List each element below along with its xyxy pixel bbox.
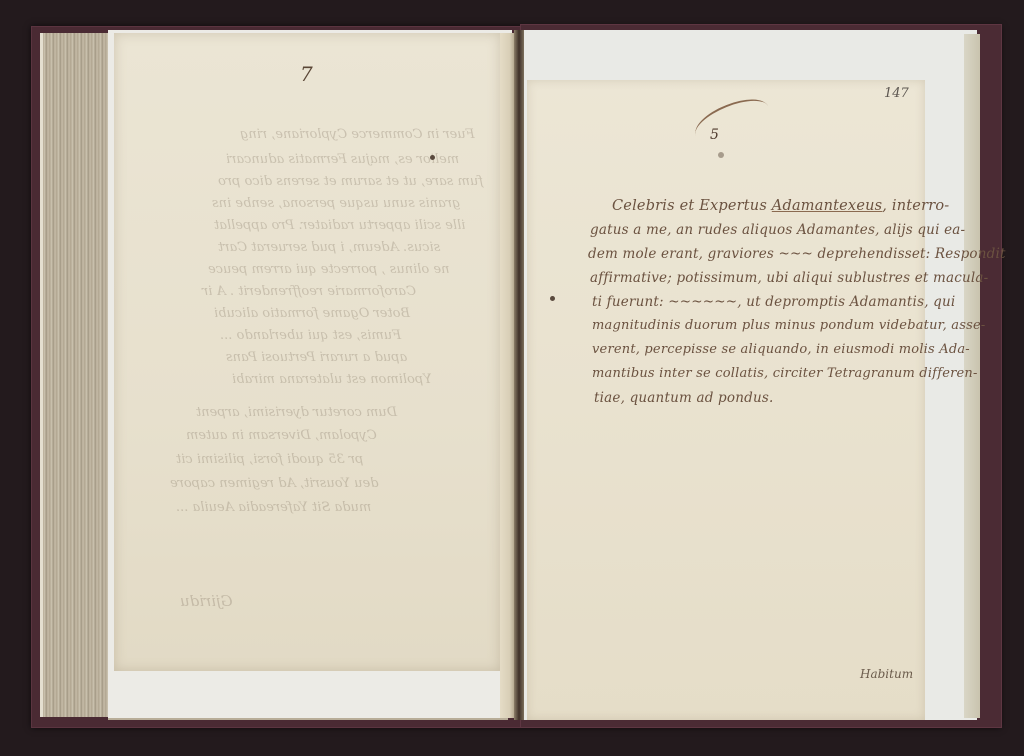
bleed-line: Boter Ogame formatio alicubi: [214, 306, 410, 321]
ink-spot: [430, 155, 435, 160]
bleed-line: Fumis, est qui uberlando ...: [220, 328, 401, 343]
bleed-line: melior es, majus Fermatis aduncari: [226, 152, 459, 167]
text-line-9: tiae, quantum ad pondus.: [594, 390, 773, 406]
bleed-line: muda Sit Yafereadia Aeuila ...: [176, 500, 371, 515]
text-line-7: verent, percepisse se aliquando, in eius…: [592, 342, 970, 357]
text-line-5: ti fuerunt: ~~~~~~, ut depromptis Adaman…: [592, 294, 955, 310]
bleed-line: Fuer in Commerce Cyploriane, ring: [240, 127, 475, 142]
text-line-8: mantibus inter se collatis, circiter Tet…: [592, 366, 978, 381]
bleed-line: deu Yousrit, Ad regimen capore: [170, 476, 379, 491]
text-line-3: dem mole erant, graviores ~~~ deprehendi…: [588, 246, 1006, 262]
ink-spot: [718, 152, 724, 158]
left-page-top-mark: 7: [300, 62, 313, 86]
bleed-line: Dum coretur dyerisimi, arpent: [196, 405, 397, 420]
chapter-number: 5: [710, 127, 719, 143]
bleed-line: Caroformarie reoffrenderit . A ir: [202, 284, 416, 299]
text-line-4: affirmative; potissimum, ubi aliqui subl…: [590, 270, 988, 286]
bleed-line: apud a rurari Pertuosi Pans: [226, 350, 407, 365]
bleed-line: ne olinus , porrecte qui arrem peuce: [208, 262, 449, 277]
bleed-line: ille scili appertu radiater. Pro appella…: [214, 218, 465, 233]
catchword: Habitum: [860, 667, 913, 681]
text-line-2: gatus a me, an rudes aliquos Adamantes, …: [590, 222, 965, 238]
book-gutter: [514, 30, 524, 720]
bleed-line: sicus. Adeum, i pud seruerat Cart: [218, 240, 440, 255]
bleed-line: pr 35 quodi forsi, pilisimi cit: [176, 452, 363, 467]
left-page-fold: [500, 33, 514, 718]
page-block-edges: [40, 33, 112, 717]
bleed-signature: Gjiridu: [180, 592, 233, 610]
text-line-1: Celebris et Expertus Adamantexeus, inter…: [612, 198, 949, 214]
text-line-6: magnitudinis duorum plus minus pondum vi…: [592, 318, 986, 333]
bleed-line: fum sare, ut et sarum et serens dico pro: [218, 174, 483, 189]
bleed-line: granis sunu usque persona, senbe ins: [212, 196, 460, 211]
manuscript-viewer: 7 Fuer in Commerce Cyploriane, ring meli…: [0, 0, 1024, 756]
ink-spot: [550, 296, 555, 301]
bleed-line: Cypolam, Diversam in autem: [186, 428, 377, 443]
bleed-line: Ypolimon est ulaterana mirabi: [232, 372, 432, 387]
folio-number: 147: [884, 86, 909, 101]
